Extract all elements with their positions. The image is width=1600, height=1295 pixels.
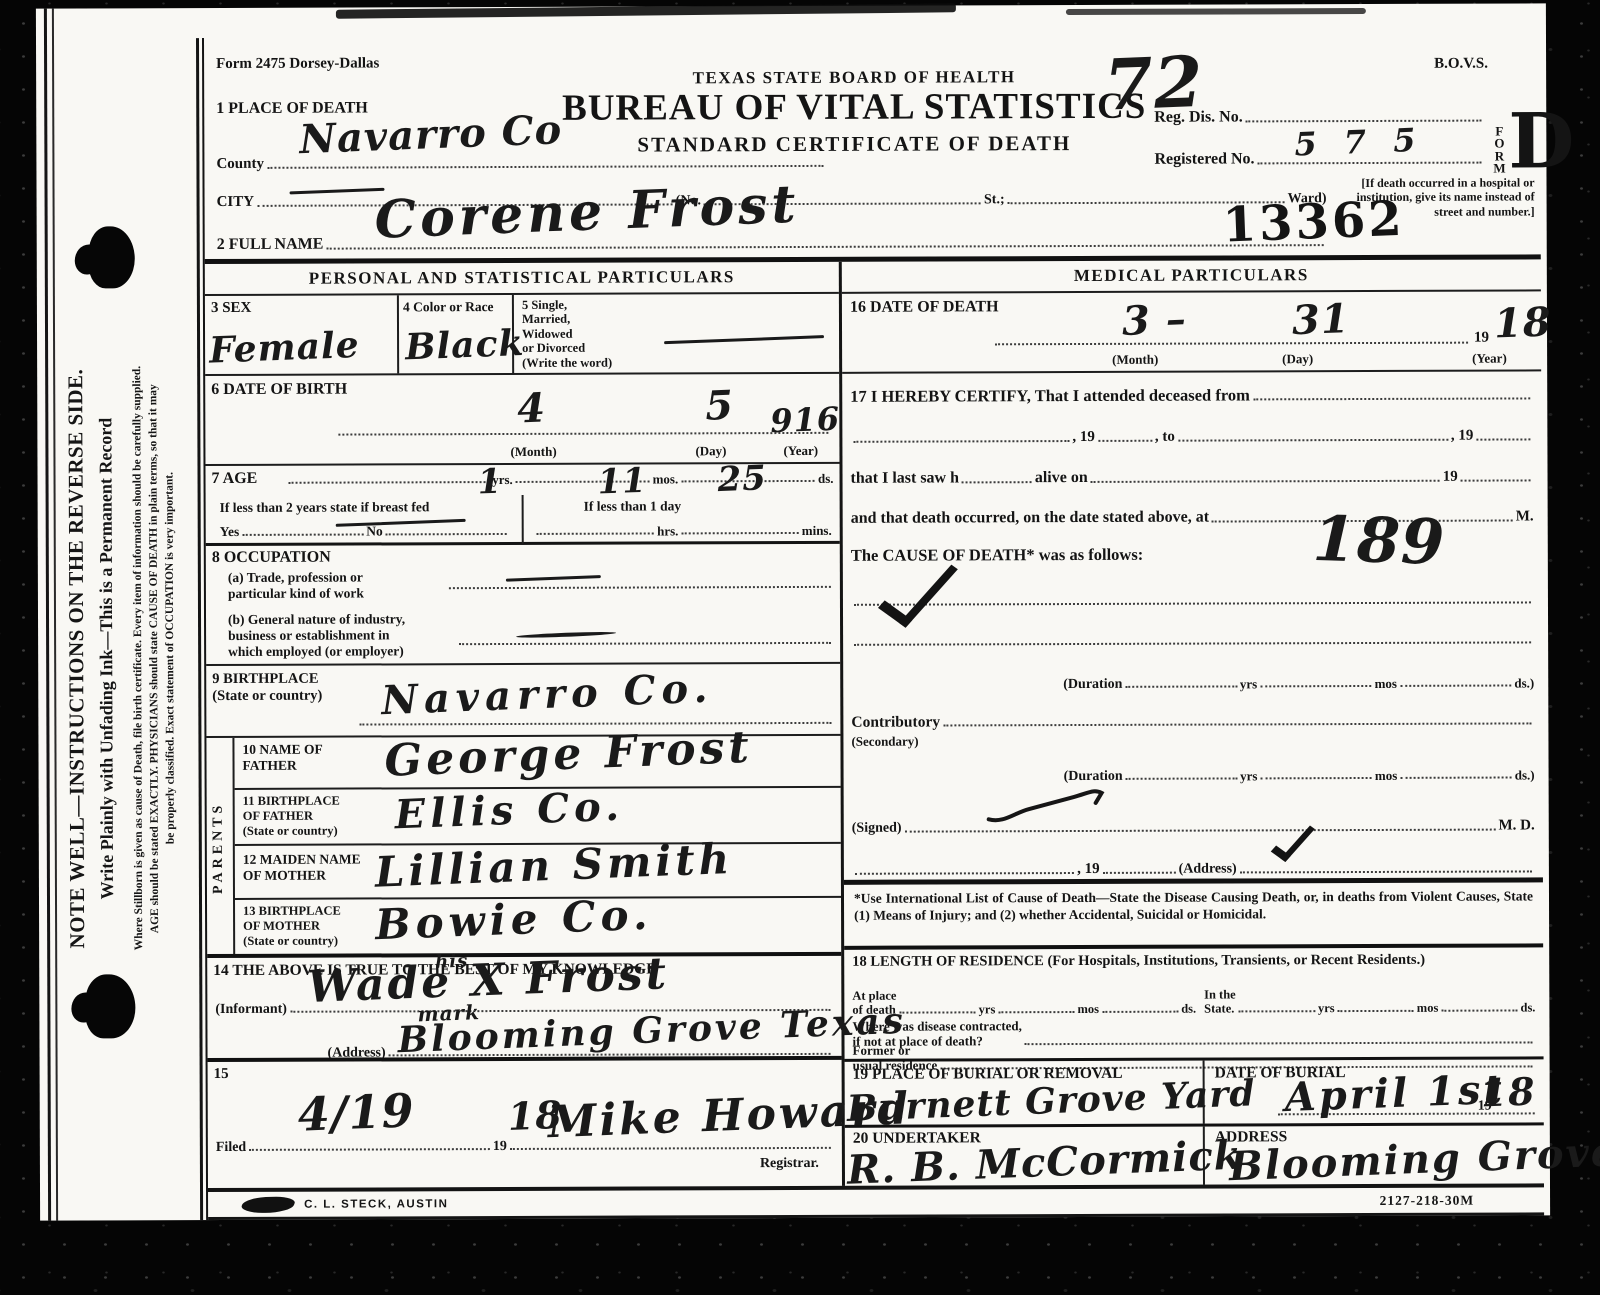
dotted-line (1178, 436, 1448, 441)
race-label: 4 Color or Race (403, 299, 494, 315)
dotted-line (1240, 868, 1532, 873)
print-code: 2127-218-30M (1380, 1192, 1475, 1208)
dotted-line (1461, 477, 1531, 481)
form-header: Form 2475 Dorsey-Dallas TEXAS STATE BOAR… (204, 33, 1541, 264)
reg-dis-value: 72 (1103, 47, 1205, 121)
md-label: M. D. (1498, 817, 1534, 834)
state-yrs-label: yrs (1318, 1002, 1335, 1016)
form-letter: D (1508, 103, 1574, 179)
dod-month-value: 3 – (1121, 300, 1187, 342)
dod-year-prefix: 19 (1474, 330, 1489, 347)
mother-name-row: 12 MAIDEN NAME OF MOTHER Lillian Smith (235, 844, 841, 900)
dotted-line (1098, 437, 1152, 441)
dob-year-value: 916 (770, 403, 841, 438)
dotted-line (1476, 436, 1530, 440)
age-days-value: 25 (717, 461, 768, 497)
filed-year-prefix: 19 (493, 1139, 507, 1154)
county-label: County (216, 156, 264, 173)
death-occurred-label: and that death occurred, on the date sta… (851, 509, 1209, 528)
filed-label: Filed (216, 1140, 246, 1155)
dotted-line (853, 438, 1069, 443)
age-label: 7 AGE (212, 470, 258, 488)
dotted-line (962, 479, 1032, 483)
dotted-line (267, 162, 823, 168)
res-yrs-label: yrs (979, 1003, 996, 1017)
certify-text: 17 I HEREBY CERTIFY, That I attended dec… (850, 386, 1250, 406)
burial-year-value: 18 (1480, 1072, 1536, 1112)
race-value: Black (404, 325, 525, 366)
duration-label: (Duration (1063, 677, 1122, 693)
dob-month-value: 4 (517, 388, 547, 429)
occupation-a-line (446, 584, 834, 593)
signature-scribble (984, 787, 1134, 828)
burial-date-value: April 1st (1284, 1070, 1506, 1118)
cause-line-1 (851, 599, 1534, 609)
full-name-label: 2 FULL NAME (217, 236, 324, 254)
residence-label: 18 LENGTH OF RESIDENCE (For Hospitals, I… (852, 952, 1508, 972)
ink-blot (89, 226, 135, 288)
signed-label: (Signed) (852, 821, 902, 837)
year-19-label: 19 (1443, 469, 1458, 486)
bovs-label: B.O.V.S. (1434, 56, 1488, 73)
personal-title: PERSONAL AND STATISTICAL PARTICULARS (205, 262, 839, 296)
occupation-a-label: (a) Trade, profession or particular kind… (228, 569, 364, 602)
parents-rows: 10 NAME OF FATHER George Frost 11 BIRTHP… (234, 736, 841, 954)
parents-label: PARENTS (211, 768, 228, 928)
form-ref: Form 2475 Dorsey-Dallas (216, 55, 379, 73)
scanned-death-certificate: { "scan": { "printer_credit": "C. L. STE… (0, 0, 1600, 1295)
parents-block: PARENTS 10 NAME OF FATHER George Frost 1… (206, 736, 841, 958)
dotted-line (1102, 1008, 1178, 1012)
dod-day-value: 31 (1291, 299, 1350, 341)
margin-small-line-2: AGE should be stated EXACTLY. PHYSICIANS… (146, 128, 162, 1188)
mother-birthplace-label: 13 BIRTHPLACE OF MOTHER (State or countr… (243, 904, 341, 949)
printer-credit: C. L. STECK, AUSTIN (304, 1198, 448, 1211)
addr-19-label: , 19 (1077, 861, 1100, 878)
margin-small-line-3: be properly classified. Exact statement … (162, 128, 178, 1188)
duration-yrs-label: yrs (1240, 677, 1257, 691)
occupation-b-label: (b) General nature of industry, business… (228, 611, 405, 660)
scan-smudge (336, 3, 956, 18)
dotted-line (995, 340, 1468, 346)
form-word: FORM (1492, 126, 1506, 175)
age-years-value: 1 (477, 465, 503, 500)
registration-stamp: 13362 (1222, 191, 1406, 254)
marital-label: 5 Single, Married, Widowed or Divorced (… (522, 298, 612, 370)
dotted-line (289, 479, 490, 484)
undertaker-cell: 20 UNDERTAKER R. B. McCormick (845, 1127, 1205, 1186)
mother-name-label: 12 MAIDEN NAME OF MOTHER (243, 852, 361, 885)
filed-date-value: 4/19 (297, 1087, 416, 1137)
dotted-line (537, 530, 654, 534)
contributory-label: Contributory (851, 713, 940, 730)
undertaker-address-cell: ADDRESS Blooming Grove (1205, 1125, 1544, 1184)
father-name-label: 10 NAME OF FATHER (242, 742, 322, 775)
dob-year-label: (Year) (783, 443, 818, 459)
signed-address-label: (Address) (1179, 862, 1237, 878)
mother-birthplace-row: 13 BIRTHPLACE OF MOTHER (State or countr… (235, 898, 841, 956)
certify-line-2: , 19 , to , 19 (850, 427, 1533, 446)
dotted-line (449, 584, 831, 589)
pen-dash (664, 335, 824, 344)
cause-line-2 (851, 639, 1534, 649)
dotted-line (1441, 1007, 1517, 1011)
signed-line: (Signed) M. D. (852, 817, 1535, 836)
date-of-death-row: 16 DATE OF DEATH 3 – 31 19 18 (Month) (D… (842, 291, 1541, 373)
father-birthplace-value: Ellis Co. (394, 787, 625, 836)
printer-left: C. L. STECK, AUSTIN (242, 1196, 448, 1213)
mother-name-value: Lillian Smith (374, 838, 734, 894)
duration-label-2: (Duration (1064, 769, 1123, 785)
no-label: No (366, 525, 383, 540)
burial-row: 19 PLACE OF BURIAL OR REMOVAL Burnett Gr… (845, 1059, 1544, 1127)
residence-block: 18 LENGTH OF RESIDENCE (For Hospitals, I… (844, 947, 1543, 1061)
undertaker-value: R. B. McCormick (846, 1136, 1243, 1191)
undertaker-row: 20 UNDERTAKER R. B. McCormick ADDRESS Bl… (845, 1125, 1544, 1185)
pen-dash (506, 575, 601, 582)
father-birthplace-row: 11 BIRTHPLACE OF FATHER (State or countr… (235, 788, 841, 846)
dotted-line (1400, 775, 1511, 779)
dotted-line (1126, 776, 1237, 780)
age-mos-label: mos. (653, 472, 679, 486)
pen-dash (516, 631, 616, 639)
dotted-line (338, 430, 828, 436)
address-line: , 19 (Address) (852, 859, 1535, 878)
dotted-line (1103, 869, 1176, 873)
dob-label: 6 DATE OF BIRTH (211, 381, 347, 399)
alive-on-label: alive on (1035, 469, 1088, 487)
occupation-row: 8 OCCUPATION (a) Trade, profession or pa… (206, 544, 840, 666)
informant-address-label: (Address) (328, 1045, 386, 1061)
filed-row: 15 Filed 19 4/19 18 Mike Howard Registra… (208, 1060, 842, 1188)
registered-value: 5 7 5 (1294, 124, 1424, 161)
street-label: St.; (984, 192, 1005, 207)
in-state-label: In the State. (1204, 988, 1236, 1016)
dotted-line (459, 640, 831, 645)
dob-month-label: (Month) (510, 444, 556, 460)
dotted-line (943, 720, 1531, 726)
dotted-line (854, 599, 1531, 605)
age-months-value: 11 (597, 464, 648, 500)
state-mos-label: mos (1417, 1001, 1439, 1015)
printer-union-logo-icon (239, 1196, 297, 1212)
dotted-line (1091, 477, 1440, 482)
dob-day-value: 5 (705, 386, 735, 427)
breastfed-label: If less than 2 years state if breast fed (220, 499, 430, 516)
occupation-b-line (456, 640, 834, 649)
margin-small-line-1: Where Stillborn is given as cause of Dea… (130, 128, 146, 1188)
dotted-line (242, 531, 363, 535)
burial-place-cell: 19 PLACE OF BURIAL OR REMOVAL Burnett Gr… (845, 1061, 1205, 1125)
dotted-line (1400, 683, 1511, 687)
attest-row: 14 THE ABOVE IS TRUE TO THE BEST OF MY K… (207, 956, 841, 1062)
informant-mark-top: his (435, 953, 469, 972)
residence-duration-line: At place of death yrs mos ds. In the Sta… (852, 987, 1535, 1017)
dotted-line (1246, 117, 1482, 122)
certificate-form: Form 2475 Dorsey-Dallas TEXAS STATE BOAR… (202, 33, 1542, 1220)
lessday-cell: If less than 1 day hrs. mins. (524, 494, 840, 545)
res-ds-label: ds. (1181, 1002, 1196, 1016)
age-row: 7 AGE yrs. mos. ds. 1 11 25 If less than… (205, 464, 839, 546)
father-name-value: George Frost (384, 726, 754, 784)
registrar-label: Registrar. (760, 1156, 819, 1172)
dod-line (992, 340, 1471, 350)
dotted-line (386, 531, 507, 535)
comma-19-label-2: , 19 (1451, 428, 1474, 445)
hrs-mins-line: hrs. mins. (534, 524, 832, 539)
dod-year-label: (Year) (1472, 351, 1507, 367)
duration-ds-label: ds.) (1514, 677, 1534, 691)
dotted-line (854, 639, 1531, 645)
sex-cell: 3 SEX Female (205, 295, 399, 374)
birthplace-label: 9 BIRTHPLACE (State or country) (212, 671, 322, 706)
state-ds-label: ds. (1520, 1001, 1535, 1015)
dod-label: 16 DATE OF DEATH (850, 298, 999, 317)
hrs-label: hrs. (657, 524, 678, 538)
mins-label: mins. (802, 524, 832, 538)
full-name-value: Corene Frost (374, 179, 801, 247)
dotted-line (1253, 396, 1530, 401)
res-mos-label: mos (1077, 1003, 1099, 1017)
paper-edge-line (44, 9, 58, 1221)
medical-title: MEDICAL PARTICULARS (842, 259, 1541, 293)
sex-race-marital-row: 3 SEX Female 4 Color or Race Black 5 Sin… (205, 294, 839, 376)
certify-line-1: 17 I HEREBY CERTIFY, That I attended dec… (850, 385, 1533, 406)
cause-label: The CAUSE OF DEATH* was as follows: (851, 545, 1144, 566)
dotted-line (1260, 775, 1371, 779)
yes-label: Yes (220, 525, 240, 540)
footnote-text: *Use International List of Cause of Deat… (854, 888, 1533, 924)
dotted-line (998, 1009, 1074, 1013)
informant-label: (Informant) (215, 1002, 287, 1018)
duration-mos-label: mos (1375, 677, 1397, 691)
dod-month-label: (Month) (1112, 352, 1158, 368)
filed-section-no: 15 (214, 1066, 229, 1083)
scan-smudge (1066, 8, 1366, 15)
dotted-line (1125, 684, 1236, 688)
city-label: CITY (217, 194, 255, 211)
secondary-label: (Secondary) (851, 734, 918, 750)
last-saw-line: that I last saw h alive on 19 (851, 467, 1534, 487)
last-saw-label: that I last saw h (851, 469, 960, 487)
dotted-line (855, 870, 1074, 875)
marital-cell: 5 Single, Married, Widowed or Divorced (… (514, 294, 839, 373)
birthplace-value: Navarro Co. (381, 668, 714, 721)
sex-label: 3 SEX (211, 300, 251, 317)
certificate-paper: NOTE WELL—INSTRUCTIONS ON THE REVERSE SI… (36, 3, 1550, 1220)
to-label: , to (1155, 429, 1175, 446)
dotted-line (1260, 683, 1371, 687)
dob-line (335, 430, 831, 440)
father-birthplace-label: 11 BIRTHPLACE OF FATHER (State or countr… (243, 794, 340, 839)
breastfed-cell: If less than 2 years state if breast fed… (206, 495, 524, 546)
occupation-label: 8 OCCUPATION (212, 549, 331, 567)
dotted-line (1239, 1008, 1315, 1012)
cause-footnote: *Use International List of Cause of Deat… (844, 877, 1543, 949)
form-body: PERSONAL AND STATISTICAL PARTICULARS 3 S… (205, 259, 1544, 1188)
sex-value: Female (208, 327, 360, 369)
m-label: M. (1516, 509, 1534, 526)
dob-day-label: (Day) (695, 443, 726, 459)
duration-line-2: (Duration yrs mos ds.) (1064, 767, 1535, 784)
personal-column: PERSONAL AND STATISTICAL PARTICULARS 3 S… (205, 262, 842, 1188)
dod-day-label: (Day) (1282, 351, 1313, 367)
duration-ds-label-2: ds.) (1515, 769, 1535, 783)
duration-line-1: (Duration yrs mos ds.) (1063, 675, 1534, 692)
dotted-line (681, 530, 798, 534)
dotted-line (1338, 1007, 1414, 1011)
certify-block: 17 I HEREBY CERTIFY, That I attended dec… (842, 371, 1543, 879)
ink-blot (85, 974, 135, 1038)
yes-no-line: Yes No (220, 524, 510, 540)
comma-19-label: , 19 (1072, 429, 1095, 446)
cause-code-value: 189 (1312, 508, 1446, 574)
medical-column: MEDICAL PARTICULARS 16 DATE OF DEATH 3 –… (839, 259, 1544, 1185)
dotted-line (899, 1009, 975, 1013)
mother-birthplace-value: Bowie Co. (374, 894, 653, 947)
race-cell: 4 Color or Race Black (399, 295, 514, 373)
father-name-row: 10 NAME OF FATHER George Frost (234, 736, 840, 790)
county-value: Navarro Co (299, 110, 563, 160)
date-of-birth-row: 6 DATE OF BIRTH 4 5 916 (Month) (Day) (Y… (205, 374, 839, 466)
dod-year-value: 18 (1493, 302, 1552, 344)
dotted-line (249, 1146, 490, 1151)
duration-mos-label-2: mos (1375, 769, 1397, 783)
duration-yrs-label-2: yrs (1240, 769, 1257, 783)
undertaker-address-value: Blooming Grove (1228, 1132, 1600, 1187)
registered-label: Registered No. (1154, 150, 1254, 168)
parents-band: PARENTS (206, 738, 235, 954)
contributory-line: Contributory (851, 711, 1534, 730)
age-ds-label: ds. (818, 472, 834, 486)
